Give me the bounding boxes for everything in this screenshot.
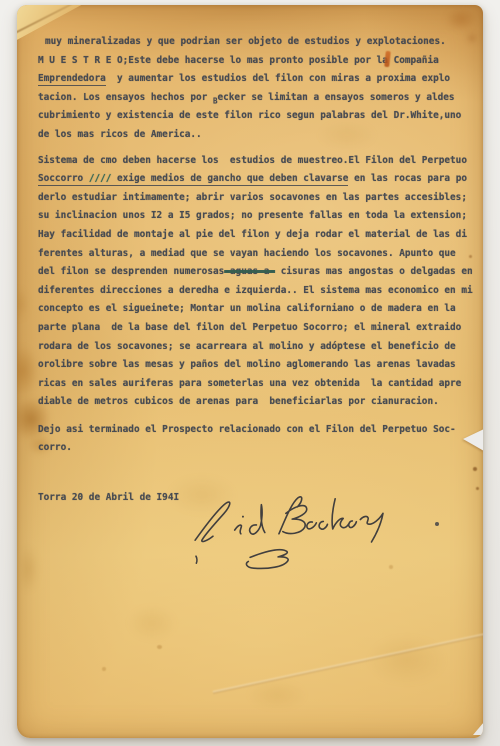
typed-line: su inclinacion unos I2 a I5 grados; no p… bbox=[38, 207, 483, 226]
typed-segment: tacion. Los ensayos hechos por bbox=[38, 92, 213, 103]
underlined-word: Soccorro bbox=[38, 173, 89, 186]
typed-segment: cisuras mas angostas o delgadas en bbox=[275, 266, 473, 277]
stain bbox=[127, 605, 177, 641]
typed-line: tacion. Los ensayos hechos por Becker se… bbox=[38, 89, 483, 108]
typed-line: concepto es el sigueinete; Montar un mol… bbox=[38, 300, 483, 319]
signature-strokes bbox=[185, 485, 404, 584]
typed-line: M U E S T R E O;Este debe hacerse lo mas… bbox=[38, 52, 483, 71]
signature-letter-i bbox=[234, 525, 241, 534]
typed-line: Hay facilidad de montaje al pie del filo… bbox=[38, 226, 483, 245]
corner-chip bbox=[473, 722, 483, 735]
signature-letter-e2 bbox=[349, 521, 357, 528]
typed-line: diable de metros cubicos de arenas para … bbox=[38, 393, 483, 412]
crease-line bbox=[213, 630, 483, 694]
typed-segment: ecker se limitan a ensayos someros y ald… bbox=[218, 92, 455, 103]
photo-backdrop: muy mineralizadas y que podrian ser obje… bbox=[0, 0, 500, 746]
typed-line: muy mineralizadas y que podrian ser obje… bbox=[38, 33, 483, 52]
signature-letter-r-tail bbox=[360, 513, 384, 542]
struck-out-characters: //// bbox=[89, 173, 112, 186]
underlined-segment: exige medios de gancho que deben clavars… bbox=[111, 173, 348, 186]
typed-line: ferentes alturas, a mediad que se vayan … bbox=[38, 245, 483, 264]
paper: muy mineralizadas y que podrian ser obje… bbox=[17, 5, 483, 738]
typed-segment: y aumentar los estudios del filon con mi… bbox=[106, 73, 450, 84]
typed-line: derlo estudiar intimamente; abrir varios… bbox=[38, 189, 483, 208]
signature-tick bbox=[196, 556, 197, 563]
stain bbox=[445, 7, 477, 31]
struck-out-word: -aguas a- bbox=[224, 266, 275, 277]
signature: Did Becker bbox=[185, 485, 404, 584]
typed-line: del filon se desprenden numerosas-aguas … bbox=[38, 263, 483, 282]
typed-line: corro. bbox=[38, 439, 483, 458]
typed-text: muy mineralizadas y que podrian ser obje… bbox=[38, 33, 483, 508]
signature-flourish bbox=[246, 549, 289, 569]
typed-line: diferentes direcciones a deredha e izqui… bbox=[38, 282, 483, 301]
signature-letter-D bbox=[193, 502, 231, 542]
typed-line: Sistema de cmo deben hacerse los estudio… bbox=[38, 152, 483, 171]
signature-letter-c bbox=[319, 521, 328, 529]
typed-line: cubrimiento y existencia de este filon r… bbox=[38, 107, 483, 126]
signature-letter-e bbox=[307, 522, 317, 529]
signature-letter-d bbox=[248, 505, 265, 535]
typed-line: de los mas ricos de America.. bbox=[38, 126, 483, 145]
typed-line: Soccorro //// exige medios de gancho que… bbox=[38, 170, 483, 189]
foxing-dot bbox=[102, 667, 106, 671]
foxing-dot bbox=[157, 645, 162, 649]
typed-line: parte plana de la base del filon del Per… bbox=[38, 319, 483, 338]
typed-segment: en las rocas para po bbox=[348, 173, 467, 184]
stain bbox=[17, 287, 29, 321]
stain bbox=[367, 635, 447, 685]
typed-line: ricas en sales auriferas para someterlas… bbox=[38, 375, 483, 394]
signature-period-dot bbox=[435, 522, 439, 526]
signature-letter-k bbox=[331, 498, 349, 529]
underlined-word: Emprendedora bbox=[38, 73, 106, 86]
typed-segment: del filon se desprenden numerosas bbox=[38, 266, 224, 277]
signature-letter-B bbox=[277, 497, 308, 535]
stain bbox=[17, 545, 39, 593]
stain bbox=[17, 345, 39, 397]
typed-line: orolibre sobre las mesas y paños del mol… bbox=[38, 356, 483, 375]
typed-line: Dejo asi terminado el Prospecto relacion… bbox=[38, 421, 483, 440]
typed-line: rodara de los socavones; se acarreara al… bbox=[38, 338, 483, 357]
signature-i-dot bbox=[242, 516, 244, 518]
typed-line: Emprendedora y aumentar los estudios del… bbox=[38, 70, 483, 89]
